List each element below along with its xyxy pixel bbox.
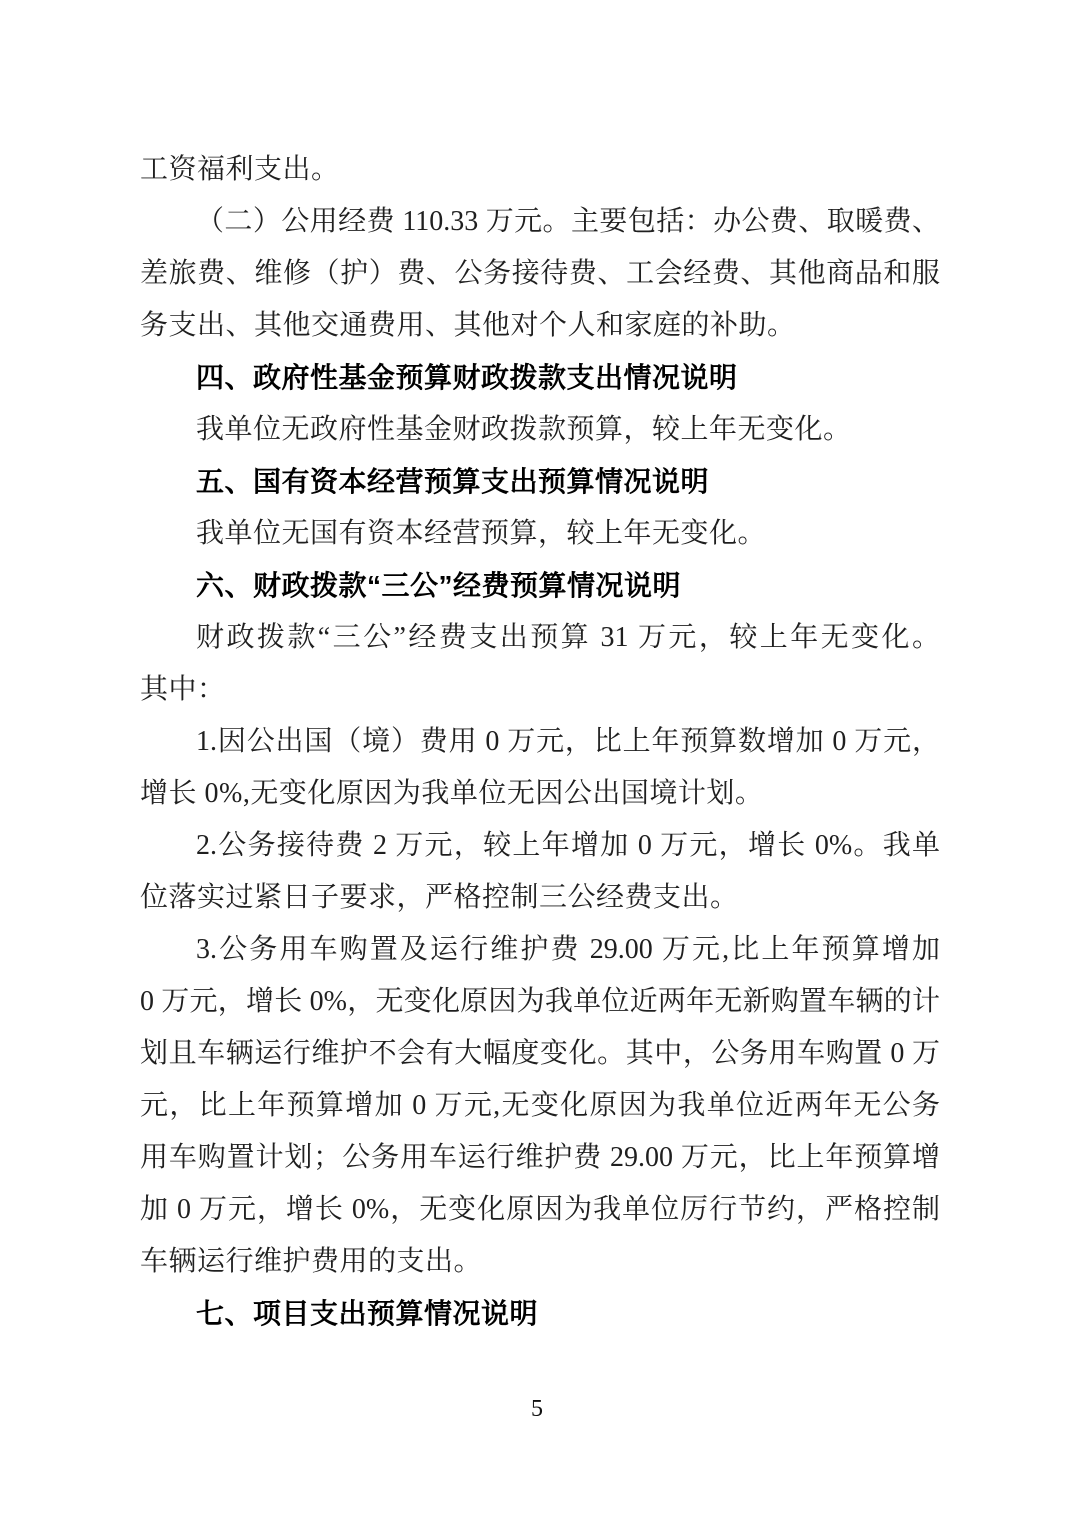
paragraph-line: 我单位无政府性基金财政拨款预算，较上年无变化。: [140, 404, 940, 456]
paragraph-line: 务支出、其他交通费用、其他对个人和家庭的补助。: [140, 300, 940, 352]
paragraph-line: 差旅费、维修（护）费、公务接待费、工会经费、其他商品和服: [140, 248, 940, 300]
paragraph-line: 增长 0%,无变化原因为我单位无因公出国境计划。: [140, 768, 940, 820]
paragraph-line: 1.因公出国（境）费用 0 万元，比上年预算数增加 0 万元，: [140, 716, 940, 768]
section-heading: 六、财政拨款“三公”经费预算情况说明: [140, 560, 940, 612]
paragraph-line: 其中：: [140, 664, 940, 716]
page-number: 5: [531, 1396, 543, 1422]
section-heading: 七、项目支出预算情况说明: [140, 1288, 940, 1340]
document-page: 工资福利支出。（二）公用经费 110.33 万元。主要包括：办公费、取暖费、差旅…: [0, 0, 1074, 1520]
section-heading: 四、政府性基金预算财政拨款支出情况说明: [140, 352, 940, 404]
paragraph-line: 用车购置计划；公务用车运行维护费 29.00 万元，比上年预算增: [140, 1132, 940, 1184]
paragraph-line: 车辆运行维护费用的支出。: [140, 1236, 940, 1288]
paragraph-line: 财政拨款“三公”经费支出预算 31 万元，较上年无变化。: [140, 612, 940, 664]
paragraph-line: 2.公务接待费 2 万元，较上年增加 0 万元，增长 0%。我单: [140, 820, 940, 872]
section-heading: 五、国有资本经营预算支出预算情况说明: [140, 456, 940, 508]
paragraph-line: （二）公用经费 110.33 万元。主要包括：办公费、取暖费、: [140, 196, 940, 248]
document-content: 工资福利支出。（二）公用经费 110.33 万元。主要包括：办公费、取暖费、差旅…: [140, 144, 940, 1340]
paragraph-line: 3.公务用车购置及运行维护费 29.00 万元,比上年预算增加: [140, 924, 940, 976]
page-number-footer: 5: [0, 1394, 1074, 1424]
paragraph-line: 位落实过紧日子要求，严格控制三公经费支出。: [140, 872, 940, 924]
paragraph-line: 元，比上年预算增加 0 万元,无变化原因为我单位近两年无公务: [140, 1080, 940, 1132]
paragraph-line: 划且车辆运行维护不会有大幅度变化。其中，公务用车购置 0 万: [140, 1028, 940, 1080]
paragraph-line: 工资福利支出。: [140, 144, 940, 196]
paragraph-line: 加 0 万元，增长 0%，无变化原因为我单位厉行节约，严格控制: [140, 1184, 940, 1236]
paragraph-line: 0 万元，增长 0%，无变化原因为我单位近两年无新购置车辆的计: [140, 976, 940, 1028]
paragraph-line: 我单位无国有资本经营预算，较上年无变化。: [140, 508, 940, 560]
